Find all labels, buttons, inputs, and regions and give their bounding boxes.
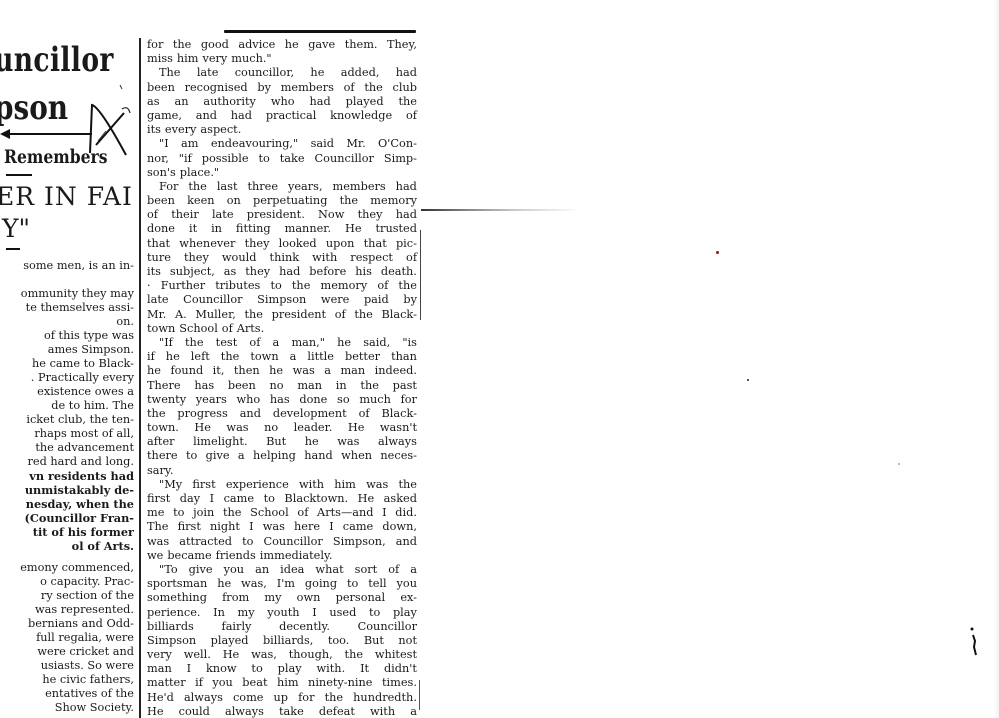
- text-line: Forthelastthreeyears,membershad: [147, 180, 417, 194]
- top-rule: [224, 30, 416, 33]
- text-line: full regalia, were: [0, 631, 134, 645]
- subhead-line-2: .Y": [0, 214, 30, 243]
- text-line: on.: [0, 315, 134, 329]
- text-line: "Iamendeavouring,"saidMr.O'Con-: [147, 137, 417, 151]
- text-line: ames Simpson.: [0, 343, 134, 357]
- scan-artifact-dot: [898, 463, 900, 465]
- text-line: turetheywouldthinkwithrespectof: [147, 251, 417, 265]
- text-line: game,andhadpracticalknowledgeof: [147, 109, 417, 123]
- main-column-body: forthegoodadvicehegavethem.They,misshimv…: [147, 38, 417, 718]
- text-line: wasattractedtoCouncillorSimpson,and: [147, 535, 417, 549]
- text-line: townSchoolofArts.: [147, 322, 417, 336]
- text-line: twentyyearswhohasdonesomuchfor: [147, 393, 417, 407]
- text-line: "Myfirstexperiencewithhimwasthe: [147, 478, 417, 492]
- divider: [6, 248, 20, 250]
- text-line: the advancement: [0, 441, 134, 455]
- text-line: bernians and Odd-: [0, 617, 134, 631]
- text-line: ommunity they may: [0, 287, 134, 301]
- text-line: doneitinfittingmanner.Hetrusted: [147, 222, 417, 236]
- text-line: red hard and long.: [0, 455, 134, 469]
- text-line: he came to Black-: [0, 357, 134, 371]
- text-line: forthegoodadvicehegavethem.They,: [147, 38, 417, 52]
- text-line: billiardsfairlydecently.Councillor: [147, 620, 417, 634]
- scan-artifact-dot: [716, 251, 719, 254]
- text-line: (Councillor Fran-: [0, 511, 134, 525]
- text-line: . Practically every: [0, 371, 134, 385]
- text-line: ry section of the: [0, 589, 134, 603]
- text-line: usiasts. So were: [0, 659, 134, 673]
- subhead-remembers: Remembers: [4, 146, 108, 168]
- text-line: "Ifthetestofaman,"hesaid,"is: [147, 336, 417, 350]
- text-line: nesday, when the: [0, 497, 134, 511]
- text-line: theprogressanddevelopmentofBlack-: [147, 407, 417, 421]
- handwritten-mark-icon: [970, 627, 978, 657]
- text-line: were cricket and: [0, 645, 134, 659]
- text-line: Mr.A.Muller,thepresidentoftheBlack-: [147, 308, 417, 322]
- text-line: son'splace.": [147, 166, 417, 180]
- headline-line-2: pson: [0, 88, 68, 128]
- text-line: "Togiveyouanideawhatsortofa: [147, 563, 417, 577]
- text-line: verywell.Hewas,though,thewhitest: [147, 648, 417, 662]
- text-line: o capacity. Prac-: [0, 575, 134, 589]
- text-line: [0, 273, 134, 287]
- text-line: asanauthoritywhohadplayedthe: [147, 95, 417, 109]
- text-line: rhaps most of all,: [0, 427, 134, 441]
- text-line: somethingfrommyownpersonalex-: [147, 591, 417, 605]
- text-line: Simpsonplayedbilliards,too.Butnot: [147, 634, 417, 648]
- text-line: he civic fathers,: [0, 673, 134, 687]
- text-line: oftheirlatepresident.Nowtheyhad: [147, 208, 417, 222]
- divider: [6, 174, 32, 176]
- left-column: ouncillor pson Remembers ER IN FAIR .Y" …: [0, 30, 134, 718]
- text-line: de to him. The: [0, 399, 134, 413]
- text-line: vn residents had: [0, 469, 134, 483]
- scan-artifact-dot: [747, 379, 749, 381]
- text-line: unmistakably de-: [0, 483, 134, 497]
- text-line: tit of his former: [0, 525, 134, 539]
- text-line: ·Furthertributestothememoryofthe: [147, 279, 417, 293]
- headline-line-1: ouncillor: [0, 40, 114, 80]
- text-line: Hecouldalwaystakedefeatwitha: [147, 705, 417, 718]
- text-line: matterifyoubeathimninety-ninetimes.: [147, 676, 417, 690]
- text-line: entatives of the: [0, 687, 134, 701]
- column-edge-rule: [419, 680, 420, 710]
- text-line: sary.: [147, 464, 417, 478]
- text-line: afterlimelight.Buthewasalways: [147, 435, 417, 449]
- text-line: emony commenced,: [0, 561, 134, 575]
- text-line: ifheleftthetownalittlebetterthan: [147, 350, 417, 364]
- text-line: Show Society.: [0, 701, 134, 715]
- text-line: sportsmanhewas,I'mgoingtotellyou: [147, 577, 417, 591]
- text-line: misshimverymuch.": [147, 52, 417, 66]
- text-line: thatwhenevertheylookeduponthatpic-: [147, 237, 417, 251]
- text-line: te themselves assi-: [0, 301, 134, 315]
- scan-artifact-line: [421, 209, 581, 211]
- text-line: of this type was: [0, 329, 134, 343]
- column-edge-rule: [420, 230, 421, 320]
- text-line: lateCouncillorSimpsonwerepaidby: [147, 293, 417, 307]
- text-line: Therehasbeennomaninthepast: [147, 379, 417, 393]
- text-line: theretogiveahelpinghandwhenneces-: [147, 449, 417, 463]
- text-line: webecamefriendsimmediately.: [147, 549, 417, 563]
- text-line: metojointheSchoolofArts—andIdid.: [147, 506, 417, 520]
- newspaper-scan: ouncillor pson Remembers ER IN FAIR .Y" …: [0, 0, 999, 718]
- left-column-body: some men, is an in-ommunity they mayte t…: [0, 259, 134, 715]
- text-line: hefoundit,thenhewasamanindeed.: [147, 364, 417, 378]
- column-rule: [139, 38, 141, 718]
- text-line: some men, is an in-: [0, 259, 134, 273]
- text-line: ol of Arts.: [0, 539, 134, 553]
- text-line: icket club, the ten-: [0, 413, 134, 427]
- text-line: nor,"ifpossibletotakeCouncillorSimp-: [147, 152, 417, 166]
- text-line: beenrecognisedbymembersoftheclub: [147, 81, 417, 95]
- text-line: existence owes a: [0, 385, 134, 399]
- text-line: He'dalwayscomeupforthehundredth.: [147, 691, 417, 705]
- text-line: Thelatecouncillor,headded,had: [147, 66, 417, 80]
- text-line: town.Hewasnoleader.Hewasn't: [147, 421, 417, 435]
- text-line: was represented.: [0, 603, 134, 617]
- text-line: beenkeenonperpetuatingthememory: [147, 194, 417, 208]
- handwritten-arrow-line: [2, 133, 92, 135]
- text-line: manIknowtoplaywith.Itdidn't: [147, 662, 417, 676]
- text-line: firstdayIcametoBlacktown.Heasked: [147, 492, 417, 506]
- text-line: itseveryaspect.: [147, 123, 417, 137]
- subhead-line-1: ER IN FAIR: [0, 182, 134, 211]
- scan-edge: [993, 0, 999, 718]
- text-line: perience.InmyyouthIusedtoplay: [147, 606, 417, 620]
- text-line: itssubject,astheyhadbeforehisdeath.: [147, 265, 417, 279]
- text-line: ThefirstnightIwashereIcamedown,: [147, 520, 417, 534]
